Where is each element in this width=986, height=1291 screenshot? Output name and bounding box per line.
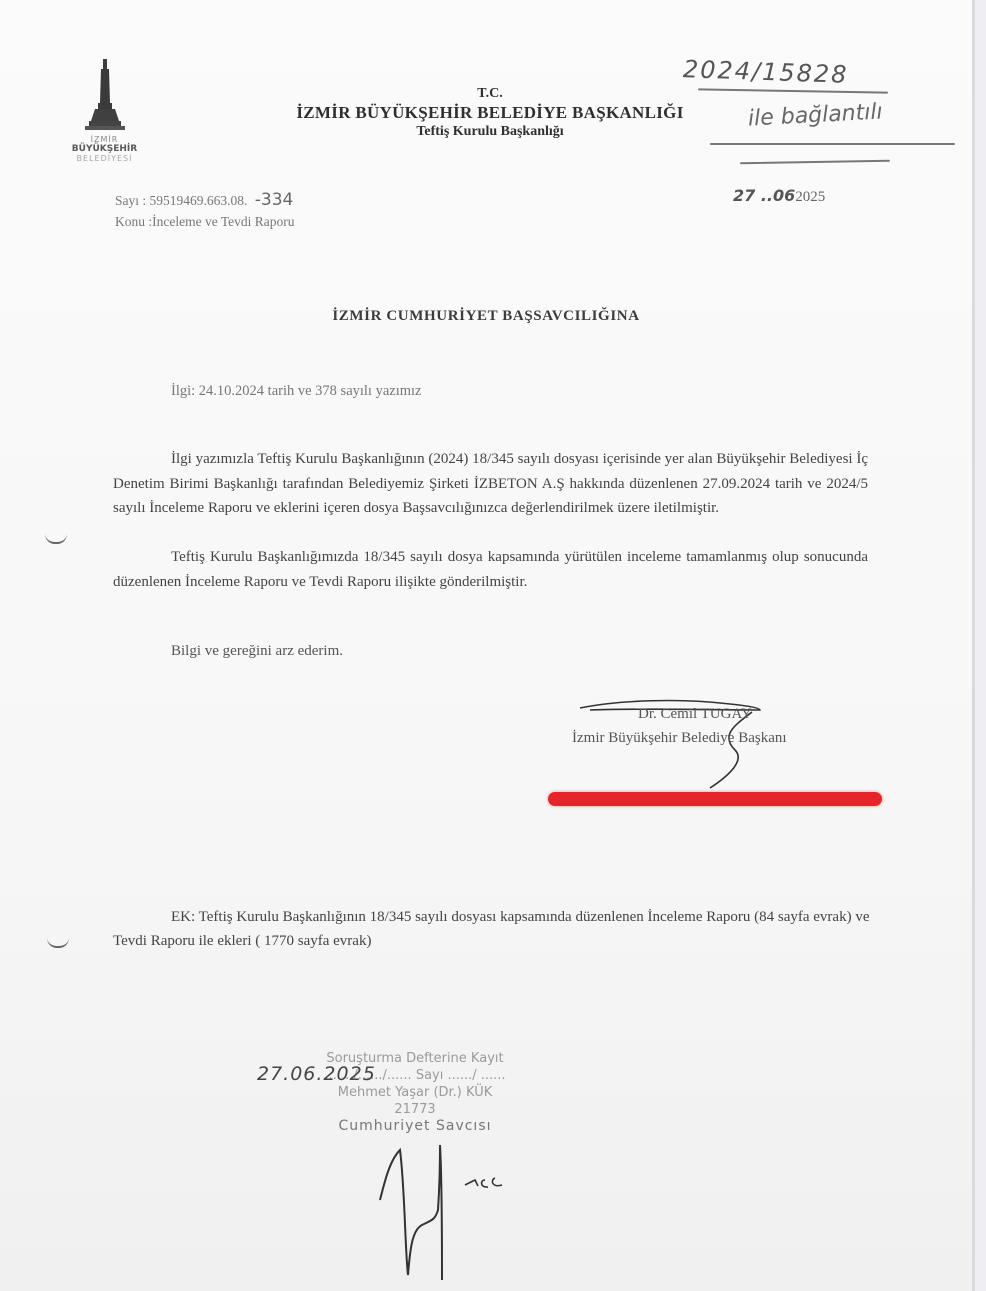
prosecutor-signature-icon xyxy=(370,1140,550,1290)
document-page: İZMİR BÜYÜKŞEHİR BELEDİYESİ T.C. İZMİR B… xyxy=(0,0,972,1291)
logo-text-buyuksehir: BÜYÜKŞEHİR xyxy=(52,144,157,154)
sayi-value: : 59519469.663.08. xyxy=(142,193,247,208)
municipality-logo: İZMİR BÜYÜKŞEHİR BELEDİYESİ xyxy=(52,55,157,175)
letterhead-tc: T.C. xyxy=(240,85,740,103)
letterhead-unit: Teftiş Kurulu Başkanlığı xyxy=(240,123,740,141)
logo-text-belediyesi: BELEDİYESİ xyxy=(52,154,157,163)
check-mark-icon xyxy=(45,534,67,544)
reference-line: İlgi: 24.10.2024 tarih ve 378 sayılı yaz… xyxy=(171,383,421,400)
document-date: 27 ..062025 xyxy=(733,186,825,206)
handwritten-stamp-date: 27.06.2025 xyxy=(257,1063,376,1085)
closing-line: Bilgi ve gereğini arz ederim. xyxy=(171,643,343,660)
handwritten-note: ile bağlantılı xyxy=(747,99,883,131)
subject: Konu :İnceleme ve Tevdi Raporu xyxy=(115,214,295,230)
check-mark-icon xyxy=(47,938,69,948)
reference-number: Sayı : 59519469.663.08. -334 xyxy=(115,190,293,210)
attachment-text: EK: Teftiş Kurulu Başkanlığının 18/345 s… xyxy=(113,909,870,949)
handwritten-date: 27 ..06 xyxy=(733,186,795,205)
letterhead-organization: İZMİR BÜYÜKŞEHİR BELEDİYE BAŞKANLIĞI xyxy=(240,103,740,123)
body-paragraph-1: İlgi yazımızla Teftiş Kurulu Başkanlığın… xyxy=(113,447,868,521)
scan-margin xyxy=(975,0,986,1291)
signatory-title: İzmir Büyükşehir Belediye Başkanı xyxy=(572,730,787,747)
handwritten-underline xyxy=(740,160,890,165)
logo-text-izmir: İZMİR xyxy=(52,135,157,144)
letterhead: T.C. İZMİR BÜYÜKŞEHİR BELEDİYE BAŞKANLIĞ… xyxy=(240,85,740,141)
stamp-line-3: Mehmet Yaşar (Dr.) KÜK xyxy=(260,1084,570,1101)
red-highlight-underline xyxy=(548,792,882,806)
recipient: İZMİR CUMHURİYET BAŞSAVCILIĞINA xyxy=(0,308,972,325)
konu-label: Konu xyxy=(115,214,145,229)
date-year: 2025 xyxy=(795,189,825,205)
handwritten-file-number: 2024/15828 xyxy=(683,55,849,89)
clock-tower-icon xyxy=(75,55,135,135)
stamp-line-5: Cumhuriyet Savcısı xyxy=(260,1118,570,1135)
sayi-label: Sayı xyxy=(115,193,139,208)
paragraph-text: Teftiş Kurulu Başkanlığımızda 18/345 say… xyxy=(113,549,868,590)
attachment-note: EK: Teftiş Kurulu Başkanlığının 18/345 s… xyxy=(113,905,873,953)
handwritten-underline xyxy=(710,143,955,145)
konu-value: :İnceleme ve Tevdi Raporu xyxy=(148,214,294,229)
paragraph-text: İlgi yazımızla Teftiş Kurulu Başkanlığın… xyxy=(113,451,868,516)
handwritten-sayi-suffix: -334 xyxy=(255,190,294,210)
body-paragraph-2: Teftiş Kurulu Başkanlığımızda 18/345 say… xyxy=(113,545,868,594)
stamp-line-4: 21773 xyxy=(260,1101,570,1118)
signatory-name: Dr. Cemil TUGAY xyxy=(638,706,752,723)
